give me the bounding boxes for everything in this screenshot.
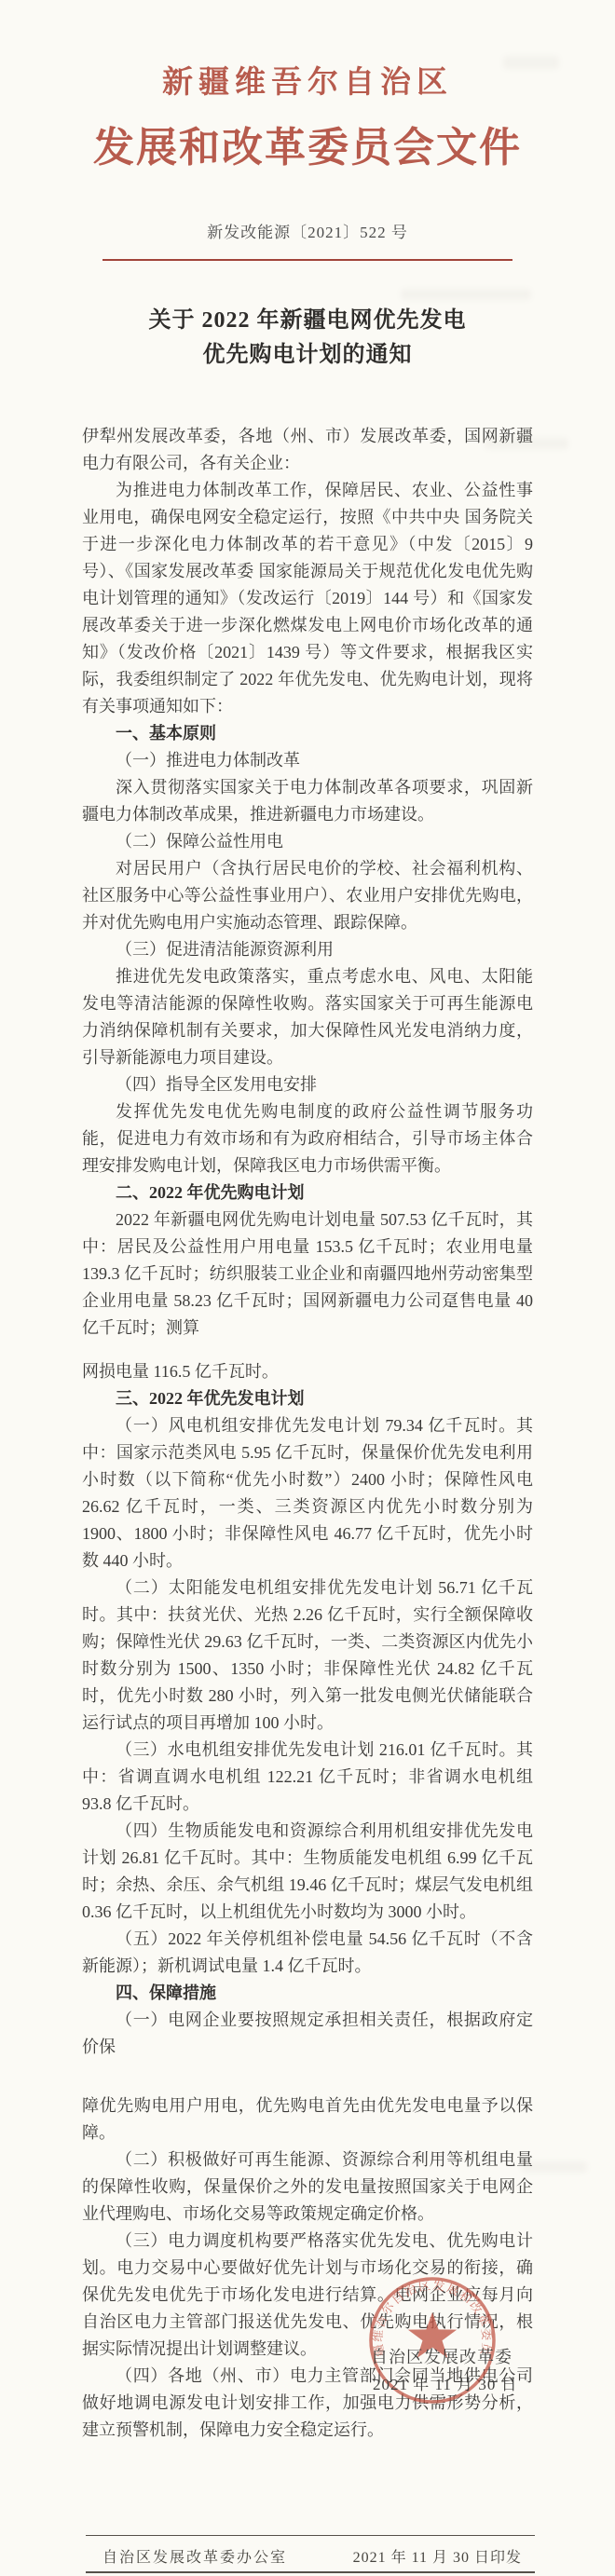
paragraph: 为推进电力体制改革工作，保障居民、农业、公益性事业用电，确保电网安全稳定运行，按… — [82, 477, 533, 720]
paragraph: （一）推进电力体制改革 — [82, 747, 533, 774]
paragraph: 障优先购电用户用电，优先购电首先由优先发电电量予以保障。 — [82, 2092, 533, 2147]
footer-issuing-office: 自治区发展改革委办公室 — [102, 2545, 287, 2567]
paragraph: （二）保障公益性用电 — [82, 828, 533, 855]
section-heading: 二、2022 年优先购电计划 — [82, 1179, 533, 1206]
footer-divider-top — [86, 2535, 535, 2536]
document-body: 伊犁州发展改革委，各地（州、市）发展改革委，国网新疆电力有限公司，各有关企业：为… — [82, 423, 533, 2444]
paragraph: 深入贯彻落实国家关于电力体制改革各项要求，巩固新疆电力体制改革成果，推进新疆电力… — [82, 774, 533, 828]
document-page: 新疆维吾尔自治区 发展和改革委员会文件 新发改能源〔2021〕522 号 关于 … — [0, 0, 615, 2576]
scan-artifact — [401, 289, 531, 300]
paragraph: （一）风电机组安排优先发电计划 79.34 亿千瓦时。其中：国家示范类风电 5.… — [82, 1412, 533, 1574]
paragraph: （三）水电机组安排优先发电计划 216.01 亿千瓦时。其中：省调直调水电机组 … — [82, 1737, 533, 1818]
paragraph: （四）生物质能发电和资源综合利用机组安排优先发电计划 26.81 亿千瓦时。其中… — [82, 1818, 533, 1926]
scan-artifact — [485, 438, 568, 449]
paragraph: （一）电网企业要按照规定承担相关责任，根据政府定价保 — [82, 2007, 533, 2061]
document-title-line2: 优先购电计划的通知 — [0, 338, 615, 373]
section-heading: 四、保障措施 — [82, 1980, 533, 2007]
section-heading: 一、基本原则 — [82, 720, 533, 747]
signature-org: 自治区发展改革委 — [371, 2344, 512, 2368]
paragraph: （二）太阳能发电机组安排优先发电计划 56.71 亿千瓦时。其中：扶贫光伏、光热… — [82, 1574, 533, 1737]
document-title: 关于 2022 年新疆电网优先发电 优先购电计划的通知 — [0, 304, 615, 373]
scan-artifact — [503, 56, 559, 69]
paragraph: 伊犁州发展改革委，各地（州、市）发展改革委，国网新疆电力有限公司，各有关企业： — [82, 423, 533, 477]
letterhead-org-line2: 发展和改革委员会文件 — [0, 121, 615, 175]
letterhead: 新疆维吾尔自治区 发展和改革委员会文件 — [0, 0, 615, 175]
document-title-line1: 关于 2022 年新疆电网优先发电 — [0, 304, 615, 338]
document-number: 新发改能源〔2021〕522 号 — [0, 222, 615, 244]
letterhead-divider — [102, 259, 512, 261]
paragraph: （二）积极做好可再生能源、资源综合利用等机组电量的保障性收购，保量保价之外的发电… — [82, 2147, 533, 2228]
paragraph: 推进优先发电政策落实，重点考虑水电、风电、太阳能发电等清洁能源的保障性收购。落实… — [82, 963, 533, 1071]
paragraph: 对居民用户（含执行居民电价的学校、社会福利机构、社区服务中心等公益性事业用户）、… — [82, 855, 533, 936]
paragraph: （三）促进清洁能源资源利用 — [82, 936, 533, 963]
paragraph: 2022 年新疆电网优先购电计划电量 507.53 亿千瓦时，其中：居民及公益性… — [82, 1206, 533, 1342]
signature-date: 2021 年 11 月 30 日 — [373, 2371, 518, 2394]
paragraph: 网损电量 116.5 亿千瓦时。 — [82, 1358, 533, 1385]
section-heading: 三、2022 年优先发电计划 — [82, 1385, 533, 1412]
footer-print-date: 2021 年 11 月 30 日印发 — [353, 2545, 522, 2567]
paragraph: （五）2022 年关停机组补偿电量 54.56 亿千瓦时（不含新能源）；新机调试… — [82, 1926, 533, 1980]
paragraph: （四）指导全区发用电安排 — [82, 1071, 533, 1098]
scan-artifact — [522, 2161, 587, 2173]
paragraph: 发挥优先发电优先购电制度的政府公益性调节服务功能，促进电力有效市场和有为政府相结… — [82, 1098, 533, 1179]
footer-divider-bottom — [86, 2571, 535, 2573]
